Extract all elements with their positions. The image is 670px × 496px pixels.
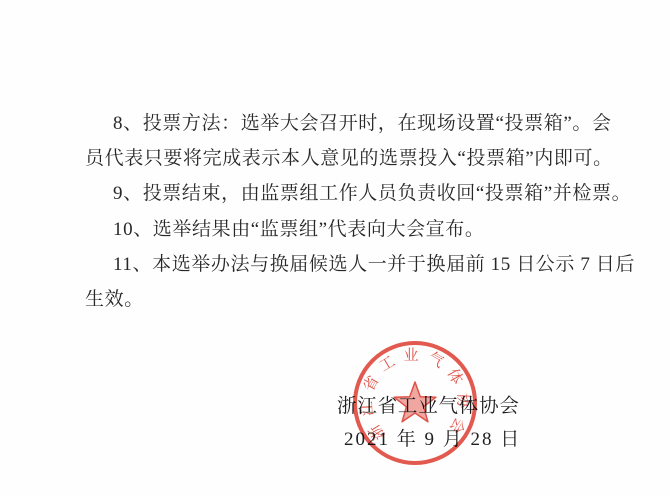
paragraph-9-line-1: 9、投票结束，由监票组工作人员负责收回“投票箱”并检票。: [85, 176, 590, 211]
paragraph-11-line-1: 11、本选举办法与换届候选人一并于换届前 15 日公示 7 日后: [85, 247, 590, 282]
paragraph-8-line-1: 8、投票方法：选举大会召开时，在现场设置“投票箱”。会: [85, 106, 590, 141]
paragraph-10-line-1: 10、选举结果由“监票组”代表向大会宣布。: [85, 212, 590, 247]
paragraph-11-line-2: 生效。: [85, 282, 590, 317]
scanned-document-page: 8、投票方法：选举大会召开时，在现场设置“投票箱”。会 员代表只要将完成表示本人…: [0, 0, 670, 496]
document-body: 8、投票方法：选举大会召开时，在现场设置“投票箱”。会 员代表只要将完成表示本人…: [85, 106, 590, 317]
signature-organization: 浙江省工业气体协会: [337, 390, 520, 418]
signature-date: 2021 年 9 月 28 日: [344, 424, 521, 451]
paragraph-8-line-2: 员代表只要将完成表示本人意见的选票投入“投票箱”内即可。: [85, 141, 590, 176]
